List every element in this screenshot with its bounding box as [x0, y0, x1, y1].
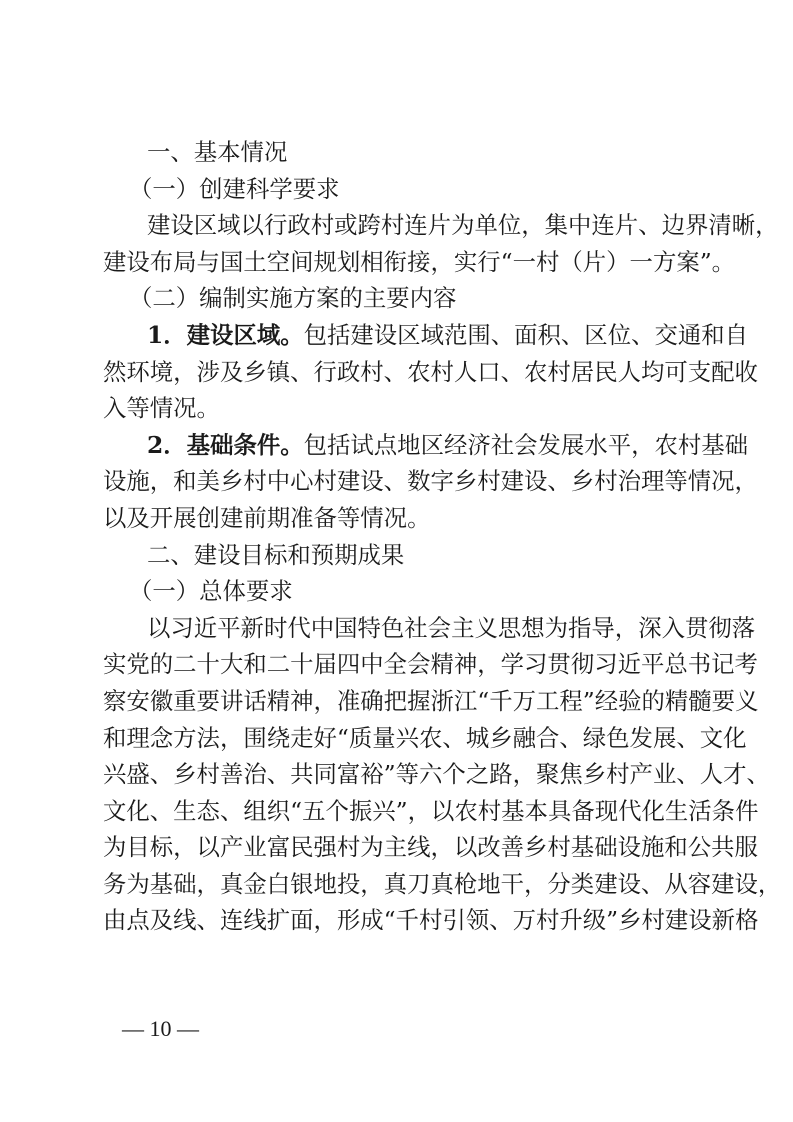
- paragraph-line: 建设区域以行政村或跨村连片为单位，集中连片、边界清晰，: [103, 207, 693, 244]
- paragraph-line: 察安徽重要讲话精神，准确把握浙江“千万工程”经验的精髓要义: [103, 683, 693, 720]
- paragraph-line: 务为基础，真金白银地投，真刀真枪地干，分类建设、从容建设，: [103, 866, 693, 903]
- subsection-heading-plan-content: （二）编制实施方案的主要内容: [103, 280, 693, 317]
- paragraph-line: 建设布局与国土空间规划相衔接，实行“一村（片）一方案”。: [103, 244, 693, 281]
- paragraph-line: 以及开展创建前期准备等情况。: [103, 500, 693, 537]
- item-label-basic-conditions: 2．基础条件。: [147, 431, 304, 459]
- page-number: — 10 —: [122, 1016, 199, 1042]
- item-text: 包括试点地区经济社会发展水平，农村基础: [304, 431, 748, 459]
- item-label-construction-area: 1．建设区域。: [147, 321, 304, 349]
- paragraph-line: 然环境，涉及乡镇、行政村、农村人口、农村居民人均可支配收: [103, 354, 693, 391]
- section-heading-basic-situation: 一、基本情况: [103, 134, 693, 171]
- paragraph-line: 实党的二十大和二十届四中全会精神，学习贯彻习近平总书记考: [103, 646, 693, 683]
- item-line: 2．基础条件。包括试点地区经济社会发展水平，农村基础: [103, 427, 693, 464]
- paragraph-line: 以习近平新时代中国特色社会主义思想为指导，深入贯彻落: [103, 610, 693, 647]
- paragraph-line: 由点及线、连线扩面，形成“千村引领、万村升级”乡村建设新格: [103, 902, 693, 939]
- section-heading-goals: 二、建设目标和预期成果: [103, 537, 693, 574]
- paragraph-line: 设施，和美乡村中心村建设、数字乡村建设、乡村治理等情况，: [103, 463, 693, 500]
- item-text: 包括建设区域范围、面积、区位、交通和自: [304, 321, 748, 349]
- document-page: 一、基本情况 （一）创建科学要求 建设区域以行政村或跨村连片为单位，集中连片、边…: [103, 134, 693, 939]
- paragraph-line: 兴盛、乡村善治、共同富裕”等六个之路，聚焦乡村产业、人才、: [103, 756, 693, 793]
- subsection-heading-overall: （一）总体要求: [103, 573, 693, 610]
- paragraph-line: 入等情况。: [103, 390, 693, 427]
- paragraph-line: 为目标，以产业富民强村为主线，以改善乡村基础设施和公共服: [103, 829, 693, 866]
- subsection-heading-requirements: （一）创建科学要求: [103, 171, 693, 208]
- paragraph-line: 和理念方法，围绕走好“质量兴农、城乡融合、绿色发展、文化: [103, 720, 693, 757]
- item-line: 1．建设区域。包括建设区域范围、面积、区位、交通和自: [103, 317, 693, 354]
- paragraph-line: 文化、生态、组织“五个振兴”，以农村基本具备现代化生活条件: [103, 793, 693, 830]
